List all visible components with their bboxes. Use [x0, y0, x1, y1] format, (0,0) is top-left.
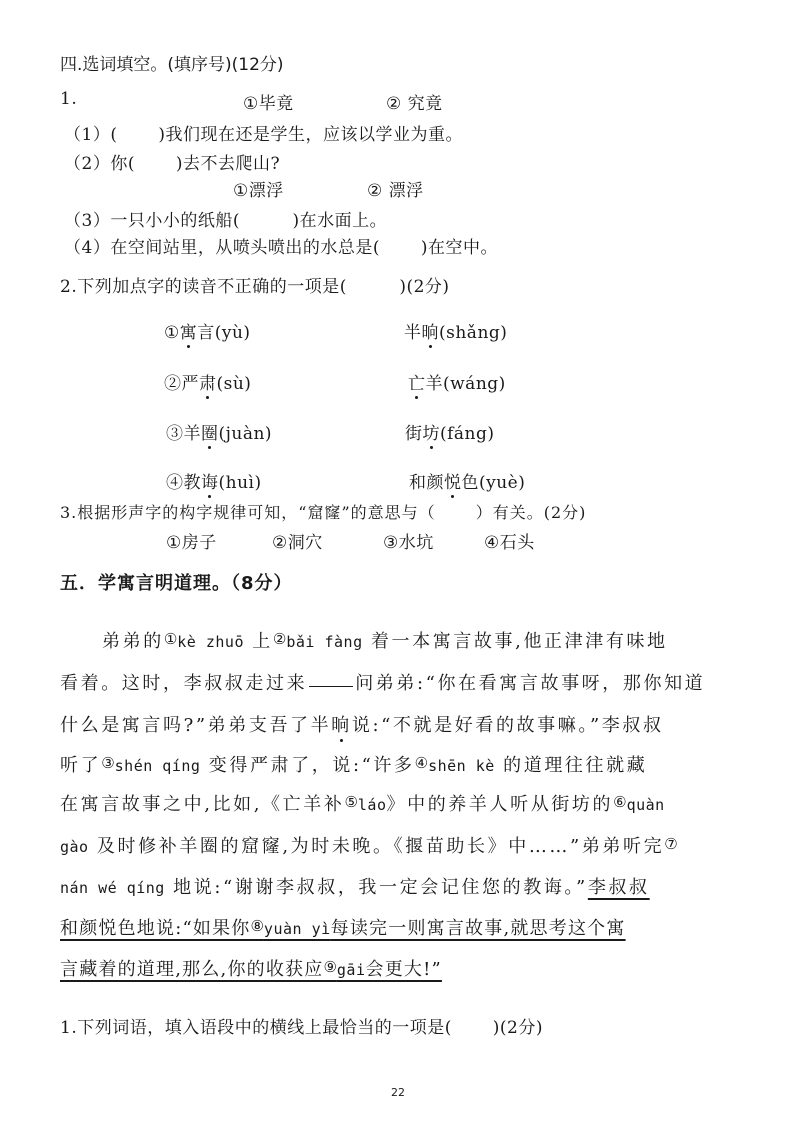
q3-option-1: ①房子: [166, 528, 217, 553]
q1-option-b2: ② 漂浮: [367, 176, 424, 201]
q3-option-2: ②洞穴: [272, 528, 323, 553]
q2-option-4: ④教诲(huì): [166, 468, 262, 493]
q3-option-4: ④石头: [484, 528, 535, 553]
q2-option-3: ③羊圈(juàn): [166, 419, 272, 444]
q3-option-3: ③水坑: [383, 528, 434, 553]
section5-title: 五．学寓言明道理。（8分）: [60, 569, 293, 595]
q2-prompt: 2.下列加点字的读音不正确的一项是( )(2分): [60, 272, 450, 297]
passage-line-3: 什么是寓言吗?”弟弟支吾了半晌说:“不就是好看的故事嘛。”李叔叔: [60, 711, 664, 737]
q1-number: 1.: [60, 89, 77, 109]
passage-line-4: 听了③shén qíng 变得严肃了，说:“许多④shēn kè 的道理往往就藏: [60, 751, 647, 777]
q1-option-a2: ② 究竟: [386, 89, 443, 114]
passage-line-6: gào 及时修补羊圈的窟窿,为时未晚。《揠苗助长》中……”弟弟听完⑦: [60, 832, 678, 858]
q2-option-3b: 街坊(fáng): [405, 419, 495, 444]
q2-option-1: ①寓言(yù): [164, 318, 251, 343]
fill-blank[interactable]: [309, 685, 353, 687]
passage-line-8: 和颜悦色地说:“如果你⑧yuàn yì每读完一则寓言故事,就思考这个寓: [60, 914, 626, 940]
passage-line-5: 在寓言故事之中,比如,《亡羊补⑤láo》中的养羊人听从街坊的⑥quàn: [60, 790, 665, 816]
section5-q1-prompt: 1.下列词语，填入语段中的横线上最恰当的一项是( )(2分): [60, 1013, 543, 1038]
q2-option-1b: 半晌(shǎng): [404, 318, 507, 343]
q1-item3: （3）一只小小的纸船( )在水面上。: [64, 206, 387, 231]
q1-item1: （1）( )我们现在还是学生，应该以学业为重。: [64, 120, 463, 145]
q1-item2: （2）你( )去不去爬山?: [64, 149, 280, 174]
q1-option-b1: ①漂浮: [233, 176, 284, 201]
passage-line-7: nán wé qíng 地说:“谢谢李叔叔，我一定会记住您的教诲。”李叔叔: [60, 873, 650, 899]
q2-option-4b: 和颜悦色(yuè): [409, 468, 525, 493]
passage-line-9: 言藏着的道理,那么,你的收获应⑨gāi会更大!”: [60, 955, 442, 981]
q1-option-a1: ①毕竟: [243, 89, 294, 114]
q3-prompt: 3.根据形声字的构字规律可知，“窟窿”的意思与（ ）有关。(2分): [60, 500, 586, 523]
section4-title: 四.选词填空。(填序号)(12分): [60, 50, 284, 75]
passage-line-1: 弟弟的①kè zhuō 上②bǎi fàng 着一本寓言故事,他正津津有味地: [102, 627, 668, 653]
page-number: 22: [391, 1086, 405, 1099]
q2-option-2b: 亡羊(wáng): [408, 369, 506, 394]
q2-option-2: ②严肃(sù): [164, 369, 251, 394]
passage-line-2: 看着。这时，李叔叔走过来问弟弟:“你在看寓言故事呀，那你知道: [60, 669, 705, 695]
q1-item4: （4）在空间站里，从喷头喷出的水总是( )在空中。: [64, 233, 498, 258]
